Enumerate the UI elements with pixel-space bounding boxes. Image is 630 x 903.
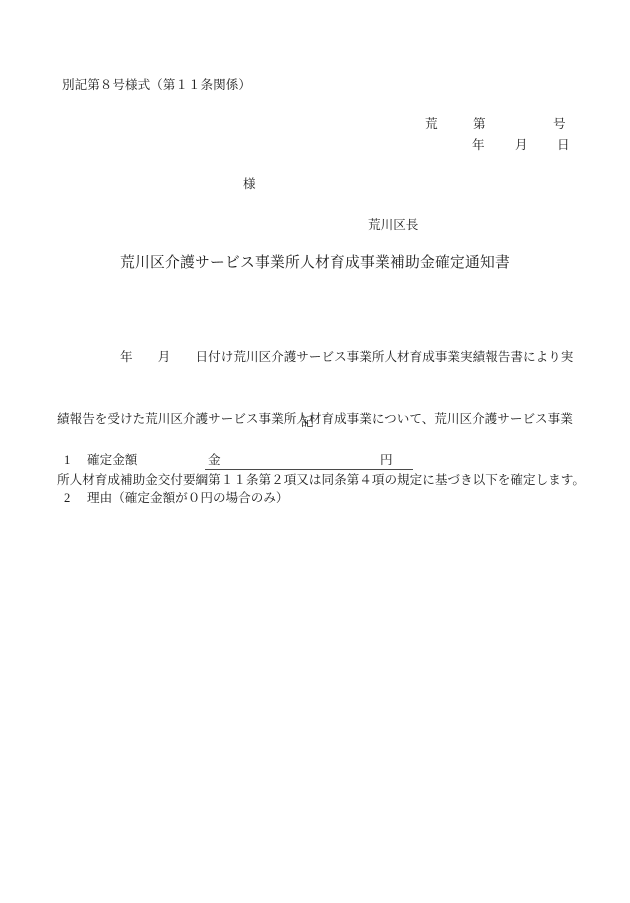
doc-number-suffix: 号	[553, 117, 566, 133]
amount-prefix-label: 金	[208, 453, 221, 469]
document-page: 別記第８号様式（第１１条関係） 荒 第 号 年 月 日 様 荒川区長 荒川区介護…	[0, 0, 630, 903]
amount-unit-label: 円	[380, 453, 393, 469]
item-2-label: 理由（確定金額が０円の場合のみ）	[87, 491, 289, 507]
addressee-honorific: 様	[243, 177, 256, 193]
item-1-label: 確定金額	[87, 453, 137, 469]
date-year-label: 年	[472, 138, 485, 154]
date-month-label: 月	[515, 138, 528, 154]
sender-name: 荒川区長	[368, 218, 418, 234]
amount-blank-field: 金 円	[205, 451, 413, 470]
document-title: 荒川区介護サービス事業所人材育成事業補助金確定通知書	[0, 254, 630, 272]
doc-number-prefix: 荒	[425, 117, 438, 133]
body-line: 年 月 日付け荒川区介護サービス事業所人材育成事業実績報告書により実	[57, 343, 577, 373]
item-1-number: 1	[64, 453, 70, 469]
doc-number-counter: 第	[473, 117, 486, 133]
date-day-label: 日	[557, 138, 570, 154]
list-marker: 記	[0, 415, 614, 431]
item-2-number: 2	[64, 491, 70, 507]
form-number: 別記第８号様式（第１１条関係）	[62, 78, 251, 94]
